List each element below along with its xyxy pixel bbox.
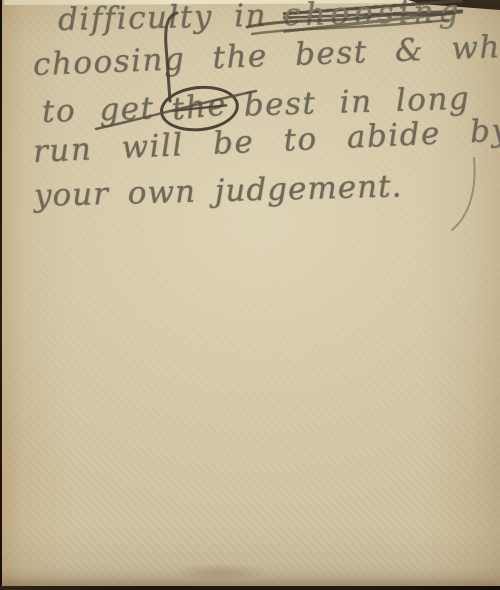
note-line-5: your own judgement. xyxy=(34,168,403,214)
handwritten-note: difficulty inchoosing choosing the best … xyxy=(0,0,500,590)
note-line-5-text: your own judgement. xyxy=(34,168,403,214)
note-line-3-text-before: to get xyxy=(41,90,155,130)
book-page-photo: difficulty inchoosing choosing the best … xyxy=(0,0,500,590)
note-line-1-scribbled-word: choosing xyxy=(283,0,464,33)
note-line-1-text: difficulty in xyxy=(58,0,268,38)
